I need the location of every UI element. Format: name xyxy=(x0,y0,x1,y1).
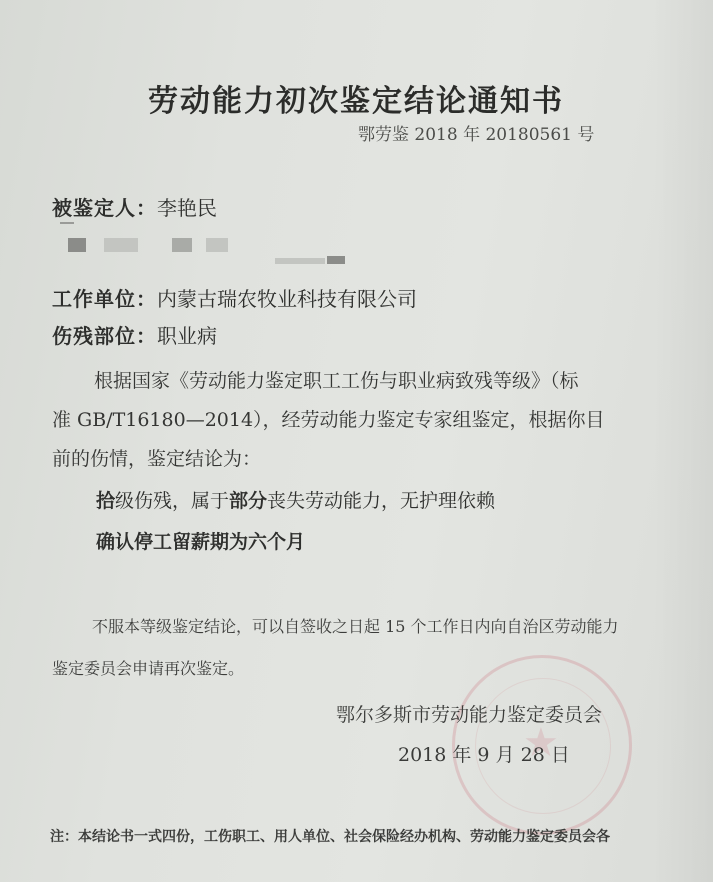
footnote: 注：本结论书一式四份，工伤职工、用人单位、社会保险经办机构、劳动能力鉴定委员会各 xyxy=(50,826,610,846)
appeal-line-2: 鉴定委员会申请再次鉴定。 xyxy=(52,656,244,679)
conclusion-grade: 拾级伤残，属于部分丧失劳动能力，无护理依赖 xyxy=(96,486,495,513)
document-page: 劳动能力初次鉴定结论通知书 鄂劳鉴 2018 年 20180561 号 被鉴定人… xyxy=(0,0,713,882)
field-injury-site-label: 伤残部位： xyxy=(52,324,157,348)
field-injury-site-value: 职业病 xyxy=(157,324,217,348)
conclusion-grade-bold: 拾 xyxy=(96,490,115,512)
appeal-line-1: 不服本等级鉴定结论，可以自签收之日起 15 个工作日内向自治区劳动能力 xyxy=(92,614,619,637)
field-employer-label: 工作单位： xyxy=(52,287,157,311)
field-employer: 工作单位：内蒙古瑞农牧业科技有限公司 xyxy=(52,283,417,312)
issue-date: 2018 年 9 月 28 日 xyxy=(398,740,570,767)
field-person-label: 被鉴定人： xyxy=(52,196,157,220)
redaction-block xyxy=(68,238,86,252)
document-title: 劳动能力初次鉴定结论通知书 xyxy=(148,76,564,120)
photo-shadow xyxy=(653,0,713,882)
redaction-block xyxy=(206,238,228,252)
redaction-block xyxy=(275,258,325,264)
redaction-block xyxy=(327,256,345,264)
field-person-value: 李艳民 xyxy=(157,196,217,220)
conclusion-wage-period: 确认停工留薪期为六个月 xyxy=(96,527,305,554)
document-number: 鄂劳鉴 2018 年 20180561 号 xyxy=(358,120,594,145)
body-line-2: 准 GB/T16180—2014），经劳动能力鉴定专家组鉴定，根据你目 xyxy=(52,405,605,432)
field-employer-value: 内蒙古瑞农牧业科技有限公司 xyxy=(157,287,417,311)
conclusion-grade-rest: 级伤残，属于 xyxy=(115,490,229,512)
redaction-block xyxy=(172,238,192,252)
body-line-1: 根据国家《劳动能力鉴定职工工伤与职业病致残等级》（标 xyxy=(94,366,579,393)
conclusion-rest: 丧失劳动能力，无护理依赖 xyxy=(267,490,495,512)
field-person: 被鉴定人：李艳民 xyxy=(52,192,217,221)
conclusion-partial-bold: 部分 xyxy=(229,490,267,512)
body-line-3: 前的伤情，鉴定结论为： xyxy=(52,444,261,471)
redaction-block xyxy=(104,238,138,252)
redaction-block xyxy=(60,222,74,224)
field-injury-site: 伤残部位：职业病 xyxy=(52,320,217,349)
issuer-name: 鄂尔多斯市劳动能力鉴定委员会 xyxy=(336,700,602,727)
